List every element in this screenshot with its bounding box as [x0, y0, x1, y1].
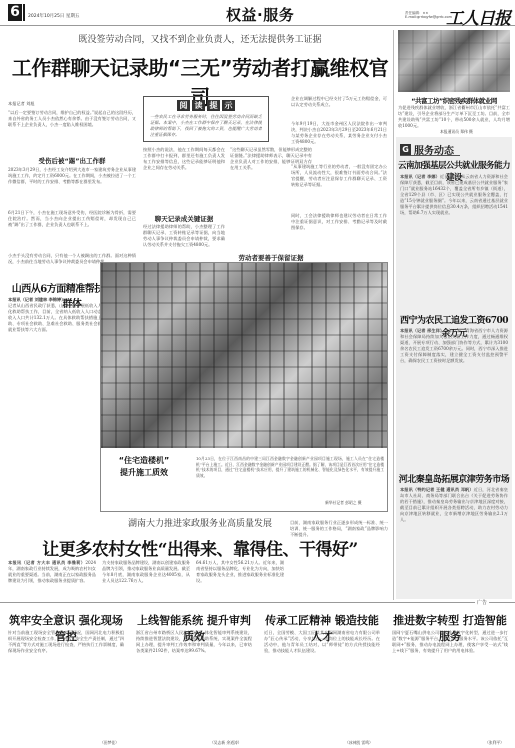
- service-badge-icon: G: [400, 144, 411, 155]
- section-title: 权益·服务: [226, 4, 294, 25]
- scaffold-pattern: [101, 263, 387, 448]
- photo-caption-text: 10月23日，在位于江西南昌的中建三局江西金融数字金融创新产业园项目施工现场，施…: [196, 456, 384, 486]
- hunan-byline: 本报讯（记者 方大丰 通讯员 李雅莉）: [8, 560, 85, 565]
- lead-col3-para: “从事建筑施工等行业的劳动者，一般没有固定办公场所，人员流动性大，很难签订书面劳…: [291, 164, 387, 212]
- photo-texture: [398, 30, 510, 92]
- service-item-body: 近日，河北省秦皇岛市人社局、商务局等部门联合出台《关于促进劳务协作的若干措施》，…: [400, 487, 508, 522]
- photo-caption-title: “住宅造楼机” 提升施工质效: [104, 455, 184, 479]
- bottom-col-credit: （田梦佳）: [100, 740, 119, 746]
- sidebar-photo-title: “共富工坊”织密残疾群体就业网: [396, 96, 512, 105]
- photo-credit: 新华社记者 彭昭之 摄: [325, 500, 362, 506]
- bottom-col-text: 国网宁夏石嘴山供电公司积极推进数字化转型，通过进一步打造“数字+能源”服务平台，…: [392, 630, 508, 740]
- tip-char: 阅: [177, 100, 190, 111]
- lead-kicker: 既没签劳动合同，又找不到企业负责人，还无法提供务工证据: [10, 32, 390, 45]
- ad-divider: [0, 602, 515, 603]
- bottom-col-credit: （吴志新 余道涛）: [210, 740, 242, 746]
- hunan-col3-text: 64.61万人，其中女性56.21万人。近年来，湖南省坚持以服务品牌化、专业化为…: [196, 560, 284, 596]
- sidebar-photo-credit: 本报通讯员 郑伟 摄: [440, 129, 473, 135]
- bottom-col-credit: （冰神凯 雷鸣）: [345, 740, 373, 746]
- lead-col3-para: 同时，工会法律援助律师也建议劳动者在日常工作中注重证据意识，对工作安排、考勤记录…: [291, 213, 387, 255]
- lead-col2-para: 按照小杰的说法，他在工作期间每天都会在工作群中打卡报到，群里还有施工负责人发布工…: [143, 147, 225, 213]
- lead-subhead-1: 受伤后被“踢”出工作群: [8, 156, 136, 165]
- service-item-body: 今年以来，青海省西宁市人力资源和社会保障局持续加大根治欠薪工作力度，通过畅通维权…: [400, 328, 508, 363]
- lead-col1-para: 2023年3月29日，小杰经工友介绍到大连市一家建筑劳务企业从事建筑施工工作，约…: [8, 167, 136, 209]
- reading-tip-text: 一些农民工在寻求劳务服务时，往往因没签劳动合同而缺乏证据。本案中，小杰在工作群中…: [150, 114, 262, 138]
- reading-tip-title: 阅 读 提 示: [150, 100, 262, 111]
- sidebar-photo-text: 为促进残疾群体就业增收，浙江省衢州市江山市依托“共富工坊”建设，引导企业将部分生…: [398, 105, 510, 130]
- service-title-rule: [400, 155, 460, 156]
- page-number: 6: [8, 4, 22, 21]
- tip-char: 读: [192, 100, 205, 111]
- lead-subhead-2: 聊天记录成关键证据: [143, 214, 225, 223]
- reading-tip-box: 阅 读 提 示 一些农民工在寻求劳务服务时，往往因没签劳动合同而缺乏证据。本案中…: [143, 96, 269, 142]
- construction-photo: [101, 263, 387, 448]
- lead-col2-para: 经过法律援助律师的帮助，小杰整理了工作群聊天记录、工资转账记录等证据，向当地劳动…: [143, 224, 225, 254]
- hunan-col4-text: 目前，湖南家政服务行业正逐步形成统一标准、统一培训、统一服务的工作格局，“湖南家…: [290, 520, 388, 596]
- photo-caption-line2: 提升施工质效: [104, 467, 184, 479]
- bottom-col-credit: （张利平）: [485, 740, 504, 746]
- lead-col1-para: “以后一定要签订劳动合同，维护自己的权益。”说起自己的这段经历，来自外省的务工人…: [8, 110, 136, 153]
- tip-char: 提: [207, 100, 220, 111]
- service-item-text: 本报讯（记者 李娜）近日，记者从云南省人力资源和社会保障厅获悉，截至目前，该省已…: [400, 174, 508, 300]
- service-item-headline: 河北秦皇岛拓展京津劳务市场: [398, 472, 510, 485]
- issue-date: 2024年10月25日 星期五: [28, 13, 79, 19]
- bottom-col-text: 浙江省台州市路桥区人民法院立足一体化智能审判系统建设，持续推进智慧法院建设，运用…: [136, 630, 252, 740]
- workshop-photo: [398, 30, 510, 92]
- photo-caption-line1: “住宅造楼机”: [104, 455, 184, 467]
- lead-col3-para: 今年9月19日，大连市金州区人民法院作出一审判决，判决小杰自2023年3月29日…: [291, 121, 387, 163]
- lead-col1-para: 6月21日下午，小杰在施工现场意外受伤，经医院诊断为骨折，需要住院治疗。然而，当…: [8, 210, 136, 252]
- hunan-col1-text: 本报讯（记者 方大丰 通讯员 李雅莉）2024年，湖南家政行业持续发展，成为吸纳…: [8, 560, 96, 596]
- lead-byline: 本报记者 刘旭: [8, 101, 34, 107]
- service-item-byline: 本报讯（特约记者 王健 通讯员 邓帆）: [400, 487, 474, 492]
- service-item-byline: 本报讯（记者 李娜）: [400, 174, 440, 179]
- service-item-byline: 本报讯（记者 邢生祥）: [400, 328, 444, 333]
- lead-col3-para: 企业在调解过程中已经支付了5万元工伤赔偿金，可以认定劳动关系成立。: [291, 96, 387, 120]
- tip-char: 示: [222, 100, 235, 111]
- service-item-body: 近日，记者从云南省人力资源和社会保障厅获悉，截至目前，该省已建成基层公共就业服务…: [400, 174, 508, 215]
- service-item-text: 本报讯（特约记者 王健 通讯员 邓帆）近日，河北省秦皇岛市人社局、商务局等部门联…: [400, 487, 508, 595]
- bottom-col-text: 针对当前施工现场安全管控的实际情况，国网河北电力积极组织开展现场安全检查工作，严…: [8, 630, 124, 740]
- sidebar-divider: [393, 30, 394, 600]
- hunan-col2-text: 为支持家政服务品牌建设，湖南以创建家政服务品牌为引领，推动家政服务业高质量发展。…: [102, 560, 190, 596]
- page-number-bar: [23, 4, 25, 21]
- newspaper-logo: 工人日报: [446, 4, 510, 29]
- service-item-text: 本报讯（记者 邢生祥）今年以来，青海省西宁市人力资源和社会保障局持续加大根治欠薪…: [400, 328, 508, 462]
- ad-label: 广告: [475, 599, 489, 606]
- bottom-col-text: 近日，全国劳模、大国工匠某某在国网湖南省电力有限公司举办“匠心传承”活动，分享其…: [264, 630, 380, 740]
